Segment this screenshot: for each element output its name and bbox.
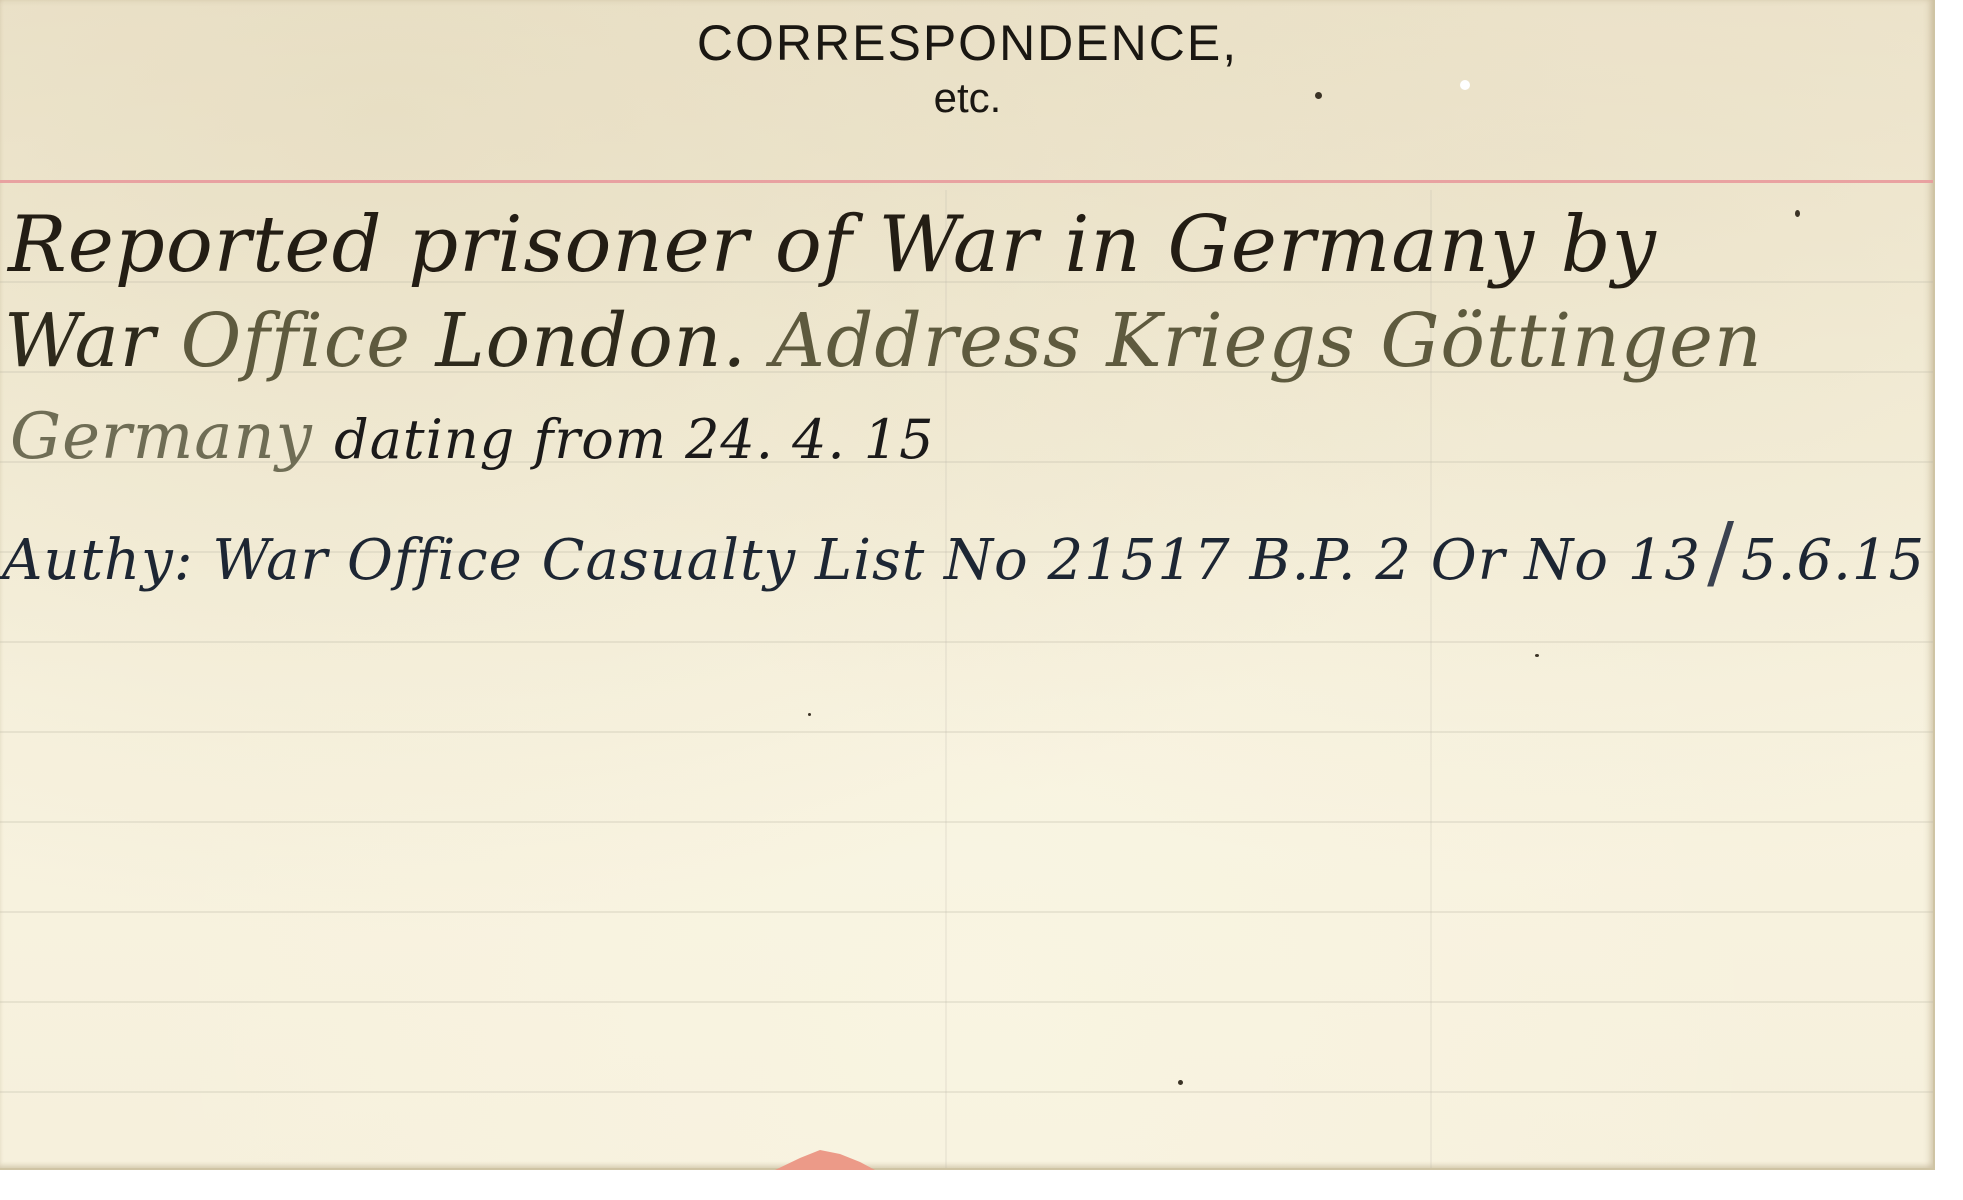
ink-speck [808,713,811,716]
ruled-line [0,821,1933,823]
line-4-slash: / [1707,505,1735,598]
handwritten-line-3: Germany dating from 24. 4. 15 [10,400,935,474]
ink-speck [1795,210,1800,217]
ruled-line [0,1001,1933,1003]
handwritten-line-4: Authy: War Office Casualty List No 21517… [2,505,1925,598]
line-3-dating: dating from 24. 4. 15 [334,408,934,471]
line-2-office: Office [181,298,411,384]
ink-speck [1178,1080,1183,1085]
line-2-address: Address Kriegs Göttingen [772,298,1763,384]
card-title: CORRESPONDENCE, [0,14,1935,72]
ruled-line [0,731,1933,733]
pink-stain-mark [775,1150,875,1170]
line-2-london: London. [411,298,772,384]
handwritten-line-1: Reported prisoner of War in Germany by [8,200,1657,290]
header-red-rule [0,180,1933,183]
ruled-line [0,1091,1933,1093]
line-1-text: Reported prisoner of War in Germany by [8,200,1657,290]
line-2-war: War [4,298,181,384]
ruled-line [0,911,1933,913]
handwritten-line-2: War Office London. Address Kriegs Göttin… [4,298,1763,384]
ruled-line [0,641,1933,643]
index-card: CORRESPONDENCE, etc. Reported prisoner o… [0,0,1935,1170]
ink-speck [1315,92,1322,99]
ink-speck [1535,654,1539,657]
line-4-date: 5.6.15 [1741,528,1925,593]
card-subtitle: etc. [0,74,1935,122]
line-4-authority: Authy: War Office Casualty List No 21517… [2,528,1701,593]
paper-blemish [1460,80,1470,90]
line-3-germany: Germany [10,400,334,474]
